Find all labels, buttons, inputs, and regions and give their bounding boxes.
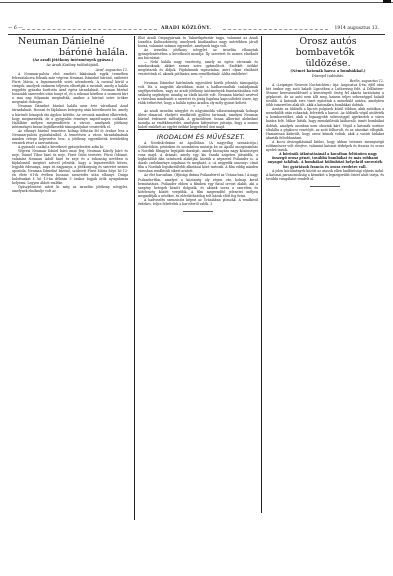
column-right: Orosz autós bombavetők üldözése. (Német … — [266, 36, 384, 187]
article-headline-line1: Neuman Dánielné — [12, 36, 128, 47]
paragraph: A Neuman-palota első emeleti lakásának e… — [12, 72, 128, 104]
emphasized-paragraph: A bőrönök átkutatásánál a kocsiban feltű… — [266, 152, 384, 169]
column-middle: Első Aradi Ostyagyárnak és Takarékpénztá… — [138, 36, 258, 212]
paragraph: A Nordisk-dráma az Apollóban. (A nagyvil… — [138, 141, 258, 173]
paragraph: Neuman Dánielné bárónő halála nem érte v… — [12, 104, 128, 128]
top-scan-line — [0, 2, 393, 3]
newspaper-title: ARADI KÖZLÖNY. — [161, 25, 211, 33]
column-rule-2 — [261, 36, 262, 513]
paragraph: A kocsi átvizsgálásánál kitűnt, hogy abb… — [266, 140, 384, 152]
header-rule — [8, 34, 385, 35]
paragraph: A hadviselés szenzációs képeit az Urániá… — [138, 198, 258, 206]
paragraph: A «Leipziger Neueste Nachrichten» írja: … — [266, 83, 384, 107]
page-number: — 6 — — [8, 25, 23, 33]
article-headline-line2: bárónė halála. — [12, 47, 128, 58]
column-rule-1 — [134, 36, 135, 520]
paragraph: Neuman Dánielné bárónőnek egyesületi kör… — [138, 81, 258, 105]
article-headline-line1: Orosz autós bombavetők — [266, 36, 384, 58]
header-leader-right — [223, 29, 328, 30]
scan-artifact — [383, 0, 391, 3]
header-leader-left — [22, 29, 157, 30]
end-rule — [310, 186, 340, 187]
paragraph: Az izraelita jótékony nőegylet az izrael… — [138, 48, 258, 60]
scan-top-edge — [0, 0, 393, 6]
paragraph: Az aradi izraelita nőegylet és nőgyámold… — [138, 109, 258, 129]
paragraph: Végvezi Neuman Dániel báró mint férj, Ne… — [12, 149, 128, 185]
paragraph: Első Aradi Ostyagyárnak és Takarékpénztá… — [138, 36, 258, 48]
paragraph: Az elhunyt bárónő temetése holnap délutá… — [12, 129, 128, 145]
paragraph: — Neki halála nagy veszteség, amely az e… — [138, 60, 258, 76]
end-rule — [183, 211, 213, 212]
issue-date: 1914 augusztus 13. — [334, 25, 379, 33]
column-left: Neuman Dánielné bárónė halála. (Az aradi… — [12, 36, 128, 193]
section-title-literature-art: IRODALOM ÉS MŰVÉSZET. — [138, 129, 258, 141]
paragraph: Az élet harcaiban. (Ifjúsági dráma Psila… — [138, 173, 258, 197]
paragraph: Azután az üldözők a lipcsei polgárok köz… — [266, 107, 384, 139]
page-header: — 6 — ARADI KÖZLÖNY. 1914 augusztus 13. — [8, 25, 385, 33]
article-headline-line2: üldözése. — [266, 58, 384, 69]
paragraph: A jelen körülmények között az utasok ell… — [266, 169, 384, 181]
paragraph: Gyászjelentést adott ki még az izraelita… — [12, 185, 128, 193]
